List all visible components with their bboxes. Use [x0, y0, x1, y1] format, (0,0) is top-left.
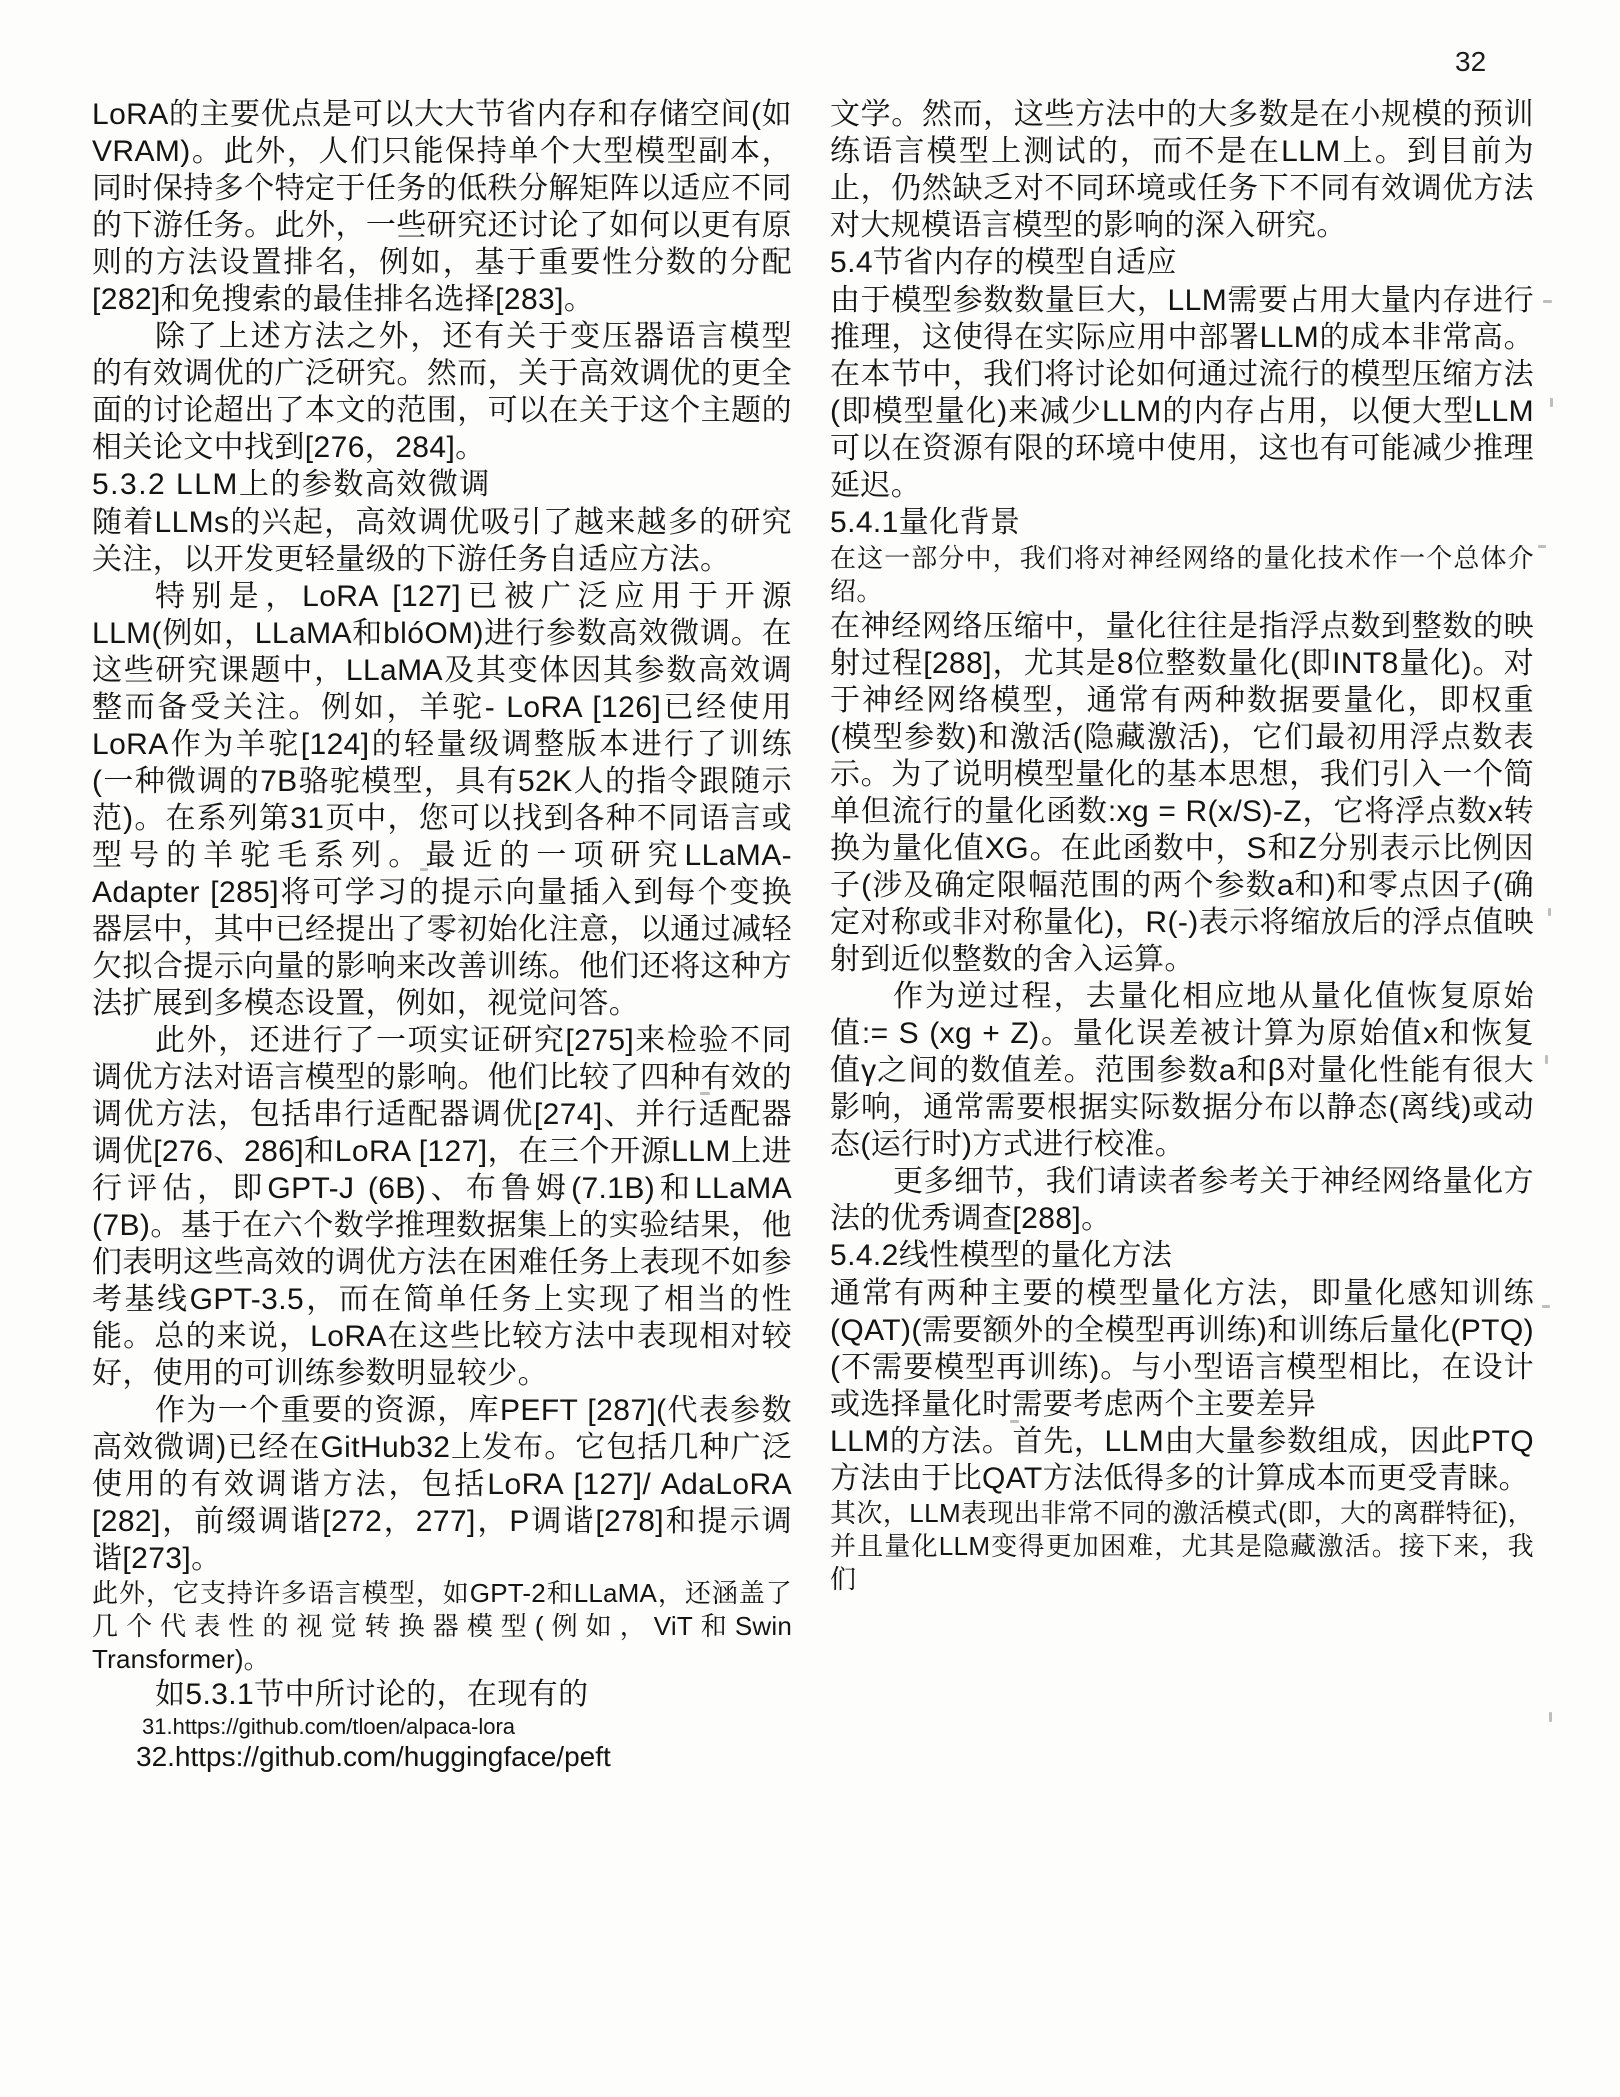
- scanned-paper-page: 32 LoRA的主要优点是可以大大节省内存和存储空间(如VRAM)。此外，人们只…: [0, 0, 1620, 2097]
- paragraph-quantization-function: 在神经网络压缩中，量化往往是指浮点数到整数的映射过程[288]，尤其是8位整数量…: [830, 608, 1534, 978]
- section-heading-5-4: 5.4节省内存的模型自适应: [830, 244, 1534, 282]
- paragraph-quantization-intro: 在这一部分中，我们将对神经网络的量化技术作一个总体介绍。: [830, 542, 1534, 608]
- right-column: 文学。然而，这些方法中的大多数是在小规模的预训练语言模型上测试的，而不是在LLM…: [830, 96, 1534, 1596]
- paragraph-llm-activation-outliers: 其次，LLM表现出非常不同的激活模式(即，大的离群特征)，并且量化LLM变得更加…: [830, 1497, 1534, 1596]
- scan-artifact: [1550, 398, 1553, 407]
- paragraph-llm-ptq-preference: LLM的方法。首先，LLM由大量参数组成，因此PTQ方法由于比QAT方法低得多的…: [830, 1423, 1534, 1497]
- paragraph-llms-rise: 随着LLMs的兴起，高效调优吸引了越来越多的研究关注，以开发更轻量级的下游任务自…: [92, 504, 792, 578]
- section-heading-5-4-2: 5.4.2线性模型的量化方法: [830, 1237, 1534, 1275]
- paragraph-qat-ptq: 通常有两种主要的模型量化方法，即量化感知训练(QAT)(需要额外的全模型再训练)…: [830, 1275, 1534, 1423]
- page-number: 32: [1455, 46, 1486, 78]
- paragraph-as-discussed: 如5.3.1节中所讨论的，在现有的: [92, 1676, 792, 1713]
- paragraph-peft-models-note: 此外，它支持许多语言模型，如GPT-2和LLaMA，还涵盖了几个代表性的视觉转换…: [92, 1577, 792, 1676]
- scan-artifact: [1548, 908, 1551, 916]
- left-column: LoRA的主要优点是可以大大节省内存和存储空间(如VRAM)。此外，人们只能保持…: [92, 96, 792, 1773]
- paragraph-literature-limitations: 文学。然而，这些方法中的大多数是在小规模的预训练语言模型上测试的，而不是在LLM…: [830, 96, 1534, 244]
- paragraph-empirical-study: 此外，还进行了一项实证研究[275]来检验不同调优方法对语言模型的影响。他们比较…: [92, 1022, 792, 1392]
- scan-artifact: [1542, 1305, 1550, 1308]
- paragraph-peft-library: 作为一个重要的资源，库PEFT [287](代表参数高效微调)已经在GitHub…: [92, 1392, 792, 1577]
- paragraph-memory-adaptation: 由于模型参数数量巨大，LLM需要占用大量内存进行推理，这使得在实际应用中部署LL…: [830, 282, 1534, 504]
- footnote-31-alpaca-lora-url: 31.https://github.com/tloen/alpaca-lora: [92, 1713, 792, 1740]
- scan-artifact: [1538, 545, 1546, 548]
- paragraph-lora-advantages: LoRA的主要优点是可以大大节省内存和存储空间(如VRAM)。此外，人们只能保持…: [92, 96, 792, 318]
- paragraph-dequantization: 作为逆过程，去量化相应地从量化值恢复原始值:= S (xg + Z)。量化误差被…: [830, 978, 1534, 1163]
- paragraph-other-methods: 除了上述方法之外，还有关于变压器语言模型的有效调优的广泛研究。然而，关于高效调优…: [92, 318, 792, 466]
- section-heading-5-3-2: 5.3.2 LLM上的参数高效微调: [92, 466, 792, 504]
- scan-artifact: [1010, 1420, 1019, 1423]
- paragraph-lora-applications: 特别是，LoRA [127]已被广泛应用于开源LLM(例如，LLaMA和blóO…: [92, 578, 792, 1022]
- footnote-32-peft-url: 32.https://github.com/huggingface/peft: [92, 1740, 792, 1773]
- scan-artifact: [1543, 300, 1552, 303]
- scan-artifact: [1545, 1055, 1548, 1064]
- section-heading-5-4-1: 5.4.1量化背景: [830, 504, 1534, 542]
- scan-artifact: [700, 1092, 710, 1095]
- scan-artifact: [420, 868, 428, 871]
- paragraph-more-details-survey: 更多细节，我们请读者参考关于神经网络量化方法的优秀调查[288]。: [830, 1163, 1534, 1237]
- scan-artifact: [1549, 1712, 1552, 1722]
